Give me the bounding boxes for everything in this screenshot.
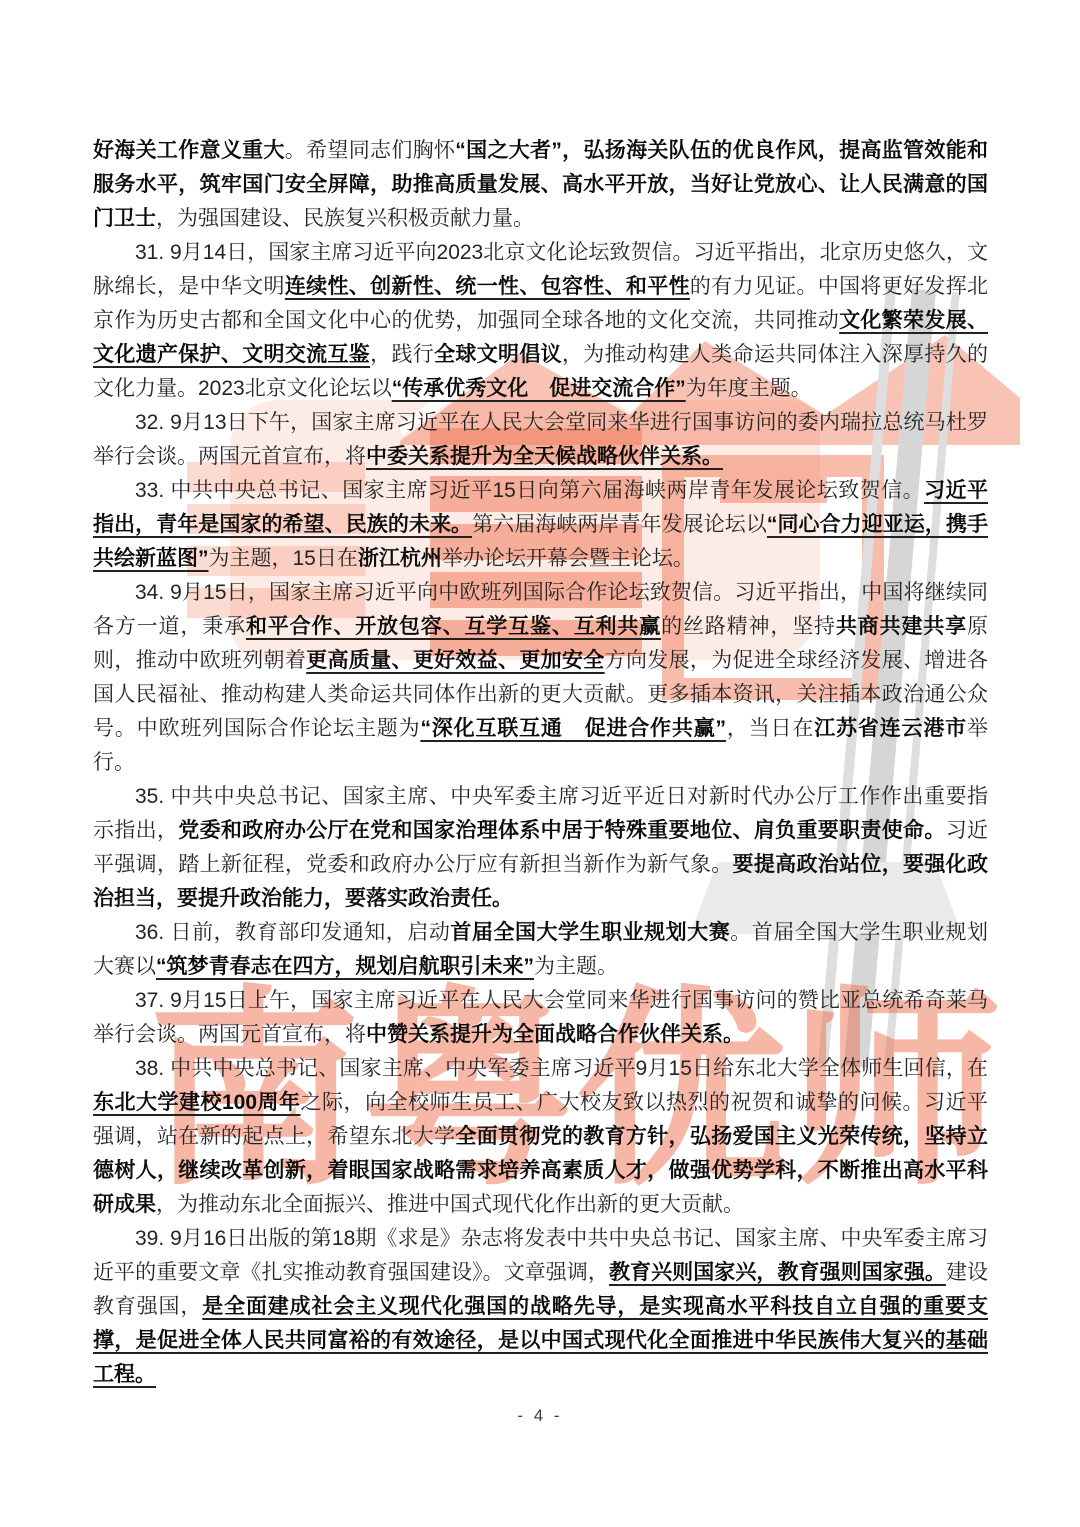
paragraph: 36. 日前，教育部印发通知，启动首届全国大学生职业规划大赛。首届全国大学生职业… [93, 916, 988, 984]
text-run: 。希望同志们胸怀 [285, 139, 455, 162]
text-run: 是全面建成社会主义现代化强国的战略先导，是实现高水平科技自立自强的重要支撑，是促… [93, 1295, 988, 1386]
text-run: 共商共建共享 [836, 615, 967, 638]
text-run: 中赞关系提升为全面战略合作伙伴关系。 [366, 1023, 744, 1046]
text-run: 全球文明倡议 [434, 343, 562, 366]
text-run: 举办论坛开幕会暨主论坛。 [442, 547, 694, 570]
text-run: ，当日在 [726, 717, 814, 740]
paragraph: 39. 9月16日出版的第18期《求是》杂志将发表中共中央总书记、国家主席、中央… [93, 1222, 988, 1392]
paragraph: 32. 9月13日下午，国家主席习近平在人民大会堂同来华进行国事访问的委内瑞拉总… [93, 406, 988, 474]
text-run: “筑梦青春志在四方，规划启航职引未来” [156, 955, 534, 978]
text-run: 为主题，15日在 [209, 547, 358, 570]
text-run: 33. 中共中央总书记、国家主席习近平15日向第六届海峡两岸青年发展论坛致贺信。 [135, 479, 924, 502]
text-run: 更高质量、更好效益、更加安全 [306, 649, 604, 672]
text-run: ，为推动东北全面振兴、推进中国式现代化作出新的更大贡献。 [156, 1193, 744, 1216]
text-run: 党委和政府办公厅在党和国家治理体系中居于特殊重要地位、肩负重要职责使命。 [178, 819, 945, 842]
page-number: - 4 - [0, 1406, 1080, 1426]
text-run: “深化互联互通 促进合作共赢” [420, 717, 726, 740]
text-run: 为主题。 [534, 955, 618, 978]
paragraph: 34. 9月15日，国家主席习近平向中欧班列国际合作论坛致贺信。习近平指出，中国… [93, 576, 988, 780]
paragraph: 38. 中共中央总书记、国家主席、中央军委主席习近平9月15日给东北大学全体师生… [93, 1052, 988, 1222]
text-run: “传承优秀文化 促进交流合作” [392, 377, 686, 400]
document-body: 好海关工作意义重大。希望同志们胸怀“国之大者”，弘扬海关队伍的优良作风，提高监管… [93, 134, 988, 1392]
text-run: 浙江杭州 [358, 547, 442, 570]
text-run: 东北大学建校100周年 [93, 1091, 301, 1114]
document-page: 南粤优师 好海关工作意义重大。希望同志们胸怀“国之大者”，弘扬海关队伍的优良作风… [0, 0, 1080, 1527]
paragraph: 33. 中共中央总书记、国家主席习近平15日向第六届海峡两岸青年发展论坛致贺信。… [93, 474, 988, 576]
paragraph: 35. 中共中央总书记、国家主席、中央军委主席习近平近日对新时代办公厅工作作出重… [93, 780, 988, 916]
paragraph: 好海关工作意义重大。希望同志们胸怀“国之大者”，弘扬海关队伍的优良作风，提高监管… [93, 134, 988, 236]
text-run: 38. 中共中央总书记、国家主席、中央军委主席习近平9月15日给东北大学全体师生… [135, 1057, 988, 1080]
text-run: 连续性、创新性、统一性、包容性、和平性 [285, 275, 690, 298]
text-run: 首届全国大学生职业规划大赛 [450, 921, 730, 944]
text-run: ，为强国建设、民族复兴积极贡献力量。 [156, 207, 534, 230]
text-run: 为年度主题。 [686, 377, 812, 400]
text-run: 江苏省连云港市 [814, 717, 967, 740]
text-run: 和平合作、开放包容、互学互鉴、互利共赢 [246, 615, 661, 638]
paragraph: 37. 9月15日上午，国家主席习近平在人民大会堂同来华进行国事访问的赞比亚总统… [93, 984, 988, 1052]
text-run: 第六届海峡两岸青年发展论坛以 [472, 513, 767, 536]
paragraph: 31. 9月14日，国家主席习近平向2023北京文化论坛致贺信。习近平指出，北京… [93, 236, 988, 406]
text-run: 教育兴则国家兴，教育强则国家强。 [609, 1261, 946, 1284]
text-run: 36. 日前，教育部印发通知，启动 [135, 921, 450, 944]
text-run: 好海关工作意义重大 [93, 139, 285, 162]
text-run: ，践行 [370, 343, 434, 366]
text-run: 中委关系提升为全天候战略伙伴关系。 [366, 445, 723, 468]
text-run: 的丝路精神，坚持 [661, 615, 836, 638]
